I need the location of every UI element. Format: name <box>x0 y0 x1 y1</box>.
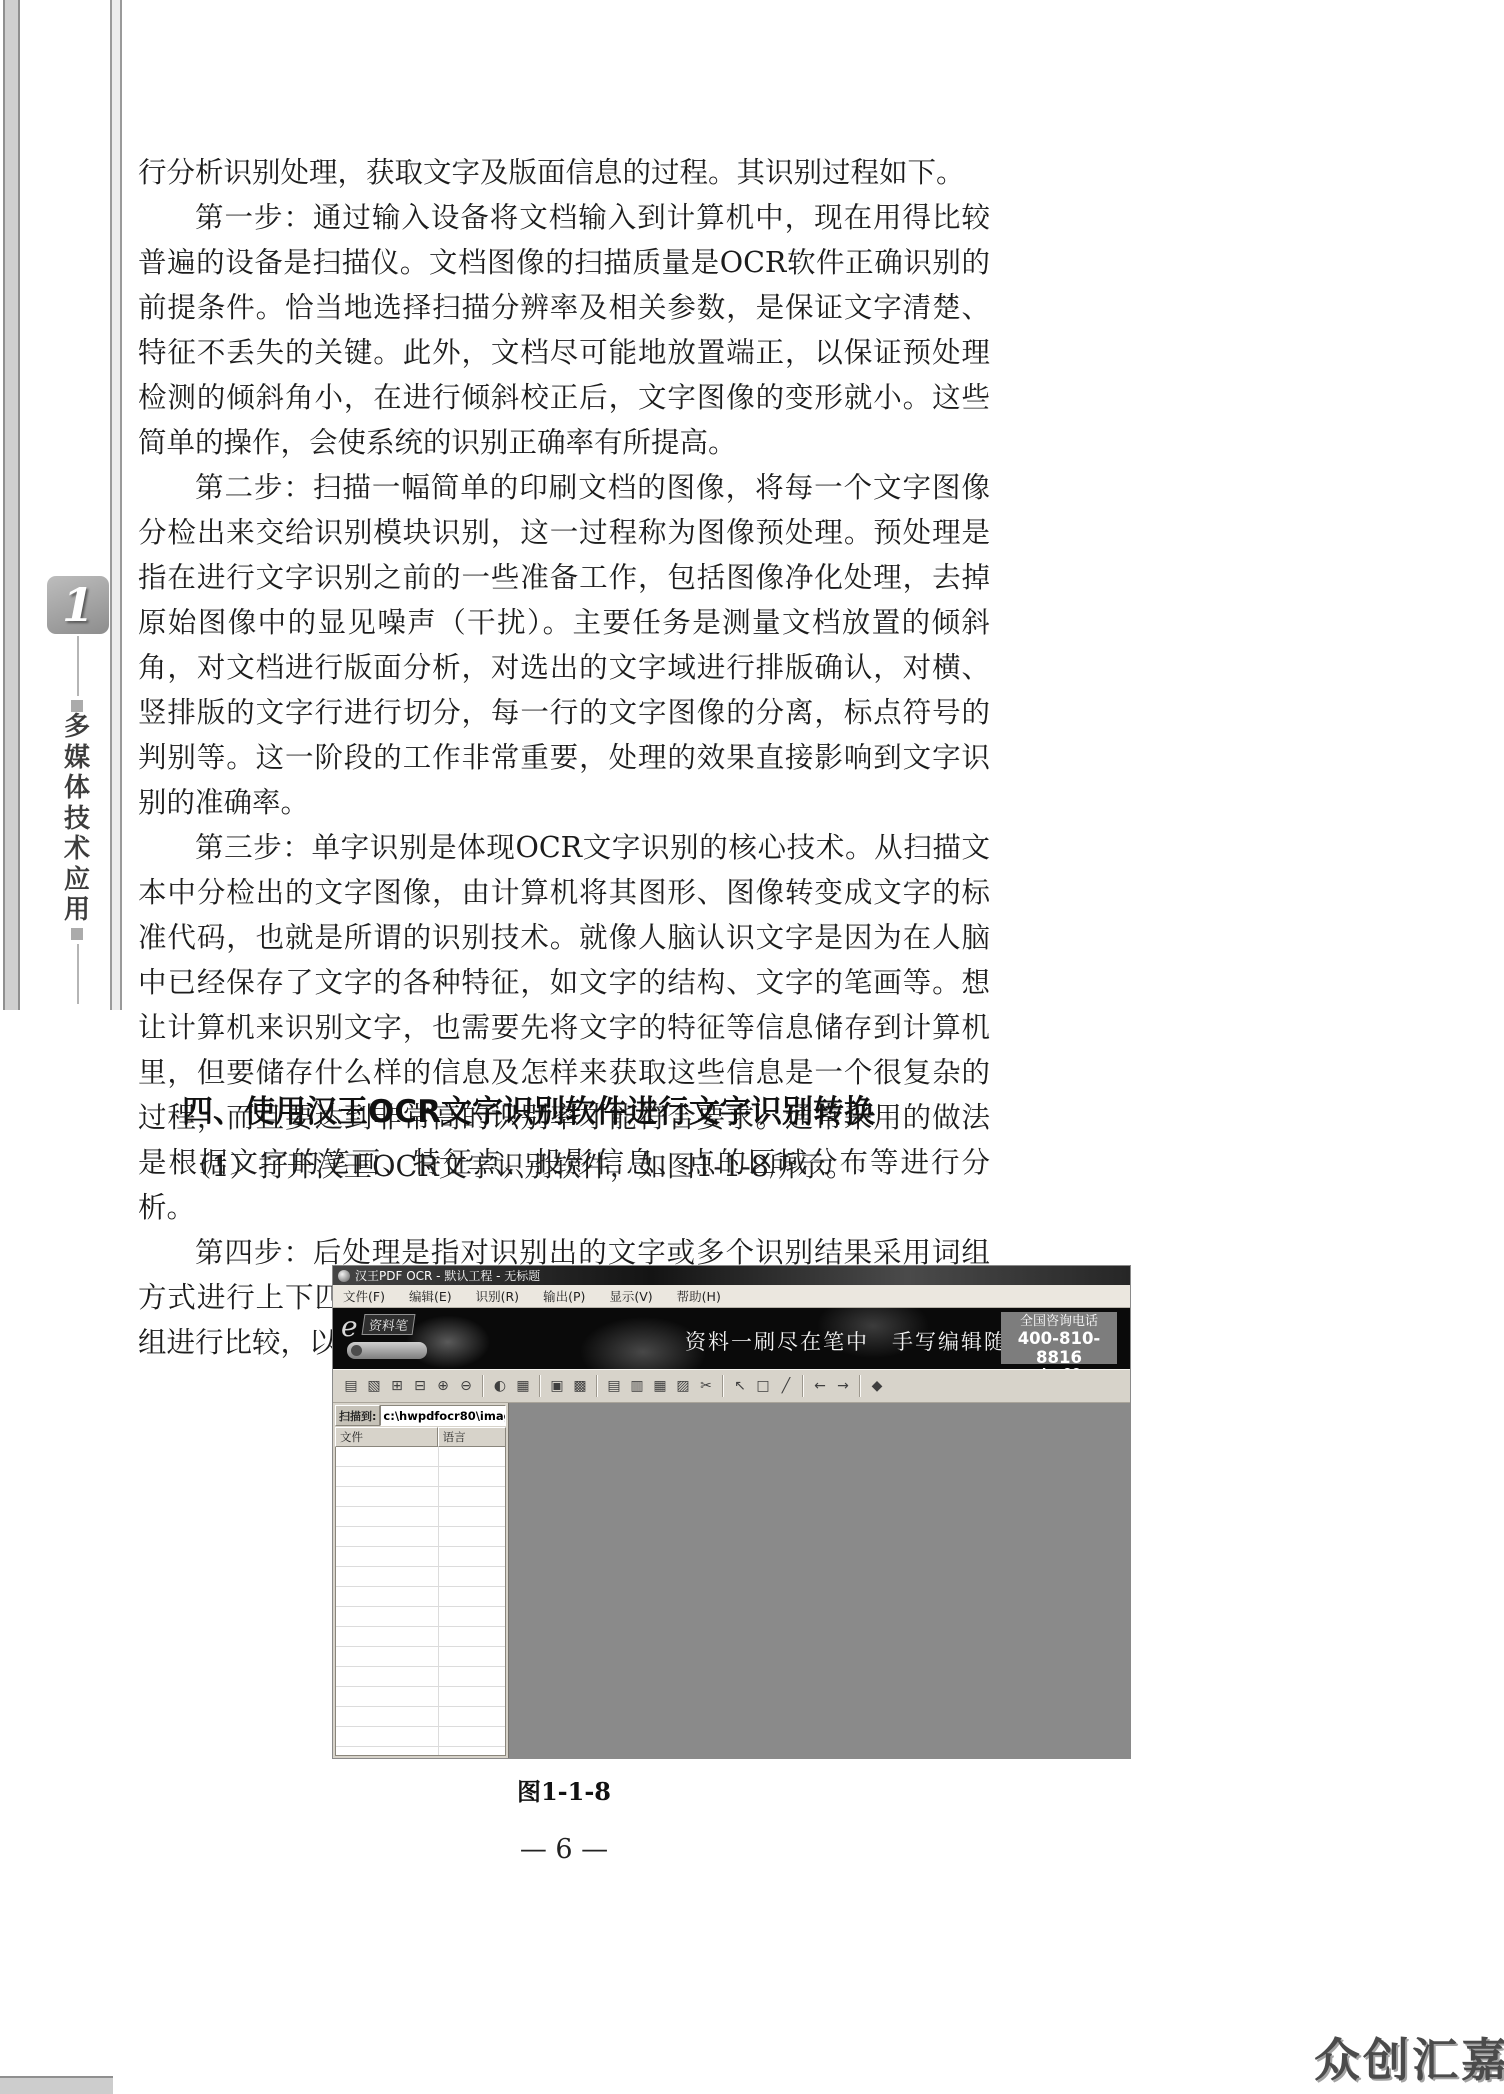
clear-region-icon[interactable]: ✂ <box>696 1376 716 1396</box>
file-list-row <box>336 1607 505 1627</box>
cursor-icon[interactable]: ↖ <box>730 1376 750 1396</box>
sidebar-vertical-title: 多媒体技术应用 <box>60 712 94 926</box>
file-list-row <box>336 1587 505 1607</box>
sidebar-divider <box>77 636 79 696</box>
ad-banner: e 资料笔 资料一刷尽在笔中 手写编辑随时随地！ 全国咨询电话 400-810-… <box>333 1308 1130 1369</box>
app-titlebar[interactable]: 汉王PDF OCR - 默认工程 - 无标题 <box>333 1266 1130 1285</box>
file-list-row <box>336 1707 505 1727</box>
horizontal-text-region-icon[interactable]: ▤ <box>604 1376 624 1396</box>
toolbar-separator <box>722 1375 724 1397</box>
scan-to-image-icon[interactable]: ⊞ <box>387 1376 407 1396</box>
left-inner-rule <box>110 0 122 1010</box>
table-region-icon[interactable]: ▦ <box>650 1376 670 1396</box>
file-list-rows <box>335 1447 506 1756</box>
app-menubar: 文件(F)编辑(E)识别(R)输出(P)显示(V)帮助(H) <box>333 1285 1130 1308</box>
menu-item[interactable]: 识别(R) <box>476 1287 519 1305</box>
sidebar-divider <box>77 944 79 1004</box>
file-list-row <box>336 1527 505 1547</box>
file-list-panel: 扫描到: c:\hwpdfocr80\image\h 文件 语言 <box>333 1403 509 1758</box>
pen-icon[interactable]: ╱ <box>776 1376 796 1396</box>
contact-url: www.hw99.com <box>1001 1368 1117 1369</box>
recognize-icon[interactable]: ▣ <box>547 1376 567 1396</box>
menu-item[interactable]: 输出(P) <box>543 1287 585 1305</box>
rotate-icon[interactable]: ◐ <box>490 1376 510 1396</box>
file-list-row <box>336 1507 505 1527</box>
contact-phone: 400-810-8816 <box>1001 1330 1117 1368</box>
file-list-row <box>336 1627 505 1647</box>
menu-item[interactable]: 文件(F) <box>343 1287 385 1305</box>
file-list-row <box>336 1647 505 1667</box>
square-bullet-icon <box>71 928 83 940</box>
app-content: 扫描到: c:\hwpdfocr80\image\h 文件 语言 <box>333 1403 1130 1758</box>
zoom-out-icon[interactable]: ⊖ <box>456 1376 476 1396</box>
zoom-in-icon[interactable]: ⊕ <box>433 1376 453 1396</box>
square-bullet-icon <box>71 700 83 712</box>
chapter-number: 1 <box>62 578 94 632</box>
brand-logo-label: 资料笔 <box>362 1314 416 1335</box>
file-list-row <box>336 1487 505 1507</box>
scan-to-text-icon[interactable]: ⊟ <box>410 1376 430 1396</box>
file-list-row <box>336 1547 505 1567</box>
file-list-row <box>336 1667 505 1687</box>
file-list-row <box>336 1727 505 1747</box>
file-list-header: 文件 语言 <box>335 1427 506 1447</box>
monitor-icon[interactable]: ▦ <box>513 1376 533 1396</box>
scan-path-field[interactable]: c:\hwpdfocr80\image\h <box>380 1405 506 1426</box>
contact-box: 全国咨询电话 400-810-8816 www.hw99.com <box>1001 1312 1117 1364</box>
forward-icon[interactable]: → <box>833 1376 853 1396</box>
open-icon[interactable]: ▧ <box>364 1376 384 1396</box>
column-header-file[interactable]: 文件 <box>335 1427 438 1447</box>
file-list-row <box>336 1467 505 1487</box>
file-list-row <box>336 1567 505 1587</box>
contact-label: 全国咨询电话 <box>1001 1315 1117 1330</box>
body-paragraph: 第二步：扫描一幅简单的印刷文档的图像，将每一个文字图像分检出来交给识别模块识别，… <box>138 465 990 825</box>
image-region-icon[interactable]: ▨ <box>673 1376 693 1396</box>
file-list-row <box>336 1747 505 1756</box>
bottom-left-rule <box>0 2076 113 2094</box>
scan-icon[interactable]: ▤ <box>341 1376 361 1396</box>
file-list-row <box>336 1447 505 1467</box>
left-outer-rule <box>3 0 20 1010</box>
chapter-badge: 1 <box>47 576 109 634</box>
toolbar-separator <box>859 1375 861 1397</box>
page-number: — 6 — <box>138 1834 990 1865</box>
document-workarea <box>509 1403 1130 1758</box>
brand-logo-icon: e <box>341 1310 358 1343</box>
toolbar-separator <box>802 1375 804 1397</box>
figure-caption: 图1-1-8 <box>138 1772 990 1807</box>
menu-item[interactable]: 帮助(H) <box>677 1287 721 1305</box>
toolbar-separator <box>482 1375 484 1397</box>
hanvon-ocr-window: 汉王PDF OCR - 默认工程 - 无标题 文件(F)编辑(E)识别(R)输出… <box>333 1266 1130 1758</box>
menu-item[interactable]: 编辑(E) <box>409 1287 452 1305</box>
app-icon <box>338 1270 350 1282</box>
toolbar-separator <box>539 1375 541 1397</box>
select-region-icon[interactable]: □ <box>753 1376 773 1396</box>
app-title: 汉王PDF OCR - 默认工程 - 无标题 <box>355 1267 540 1284</box>
app-toolbar: ▤▧⊞⊟⊕⊖◐▦▣▩▤▥▦▨✂↖□╱←→◆ <box>333 1369 1130 1403</box>
vertical-text-region-icon[interactable]: ▥ <box>627 1376 647 1396</box>
hanvon-logo-icon[interactable]: ◆ <box>867 1376 887 1396</box>
scan-pen-image <box>347 1342 427 1359</box>
scan-to-row: 扫描到: c:\hwpdfocr80\image\h <box>335 1405 506 1426</box>
file-list-row <box>336 1687 505 1707</box>
column-header-language[interactable]: 语言 <box>438 1427 506 1447</box>
scan-to-label: 扫描到: <box>335 1405 380 1426</box>
step-paragraph: （1）打开汉王OCR文字识别软件，如图1-1-8所示。 <box>138 1144 990 1185</box>
watermark: 众创汇嘉 <box>1314 2024 1504 2090</box>
toolbar-separator <box>596 1375 598 1397</box>
back-icon[interactable]: ← <box>810 1376 830 1396</box>
body-paragraph: 第一步：通过输入设备将文档输入到计算机中，现在用得比较普遍的设备是扫描仪。文档图… <box>138 195 990 465</box>
body-paragraph: 行分析识别处理，获取文字及版面信息的过程。其识别过程如下。 <box>138 150 990 195</box>
book-page: 1 多媒体技术应用 行分析识别处理，获取文字及版面信息的过程。其识别过程如下。第… <box>0 0 1504 2094</box>
recognize-all-icon[interactable]: ▩ <box>570 1376 590 1396</box>
section-heading: 四、使用汉王OCR文字识别软件进行文字识别转换 <box>138 1086 990 1131</box>
menu-item[interactable]: 显示(V) <box>609 1287 652 1305</box>
